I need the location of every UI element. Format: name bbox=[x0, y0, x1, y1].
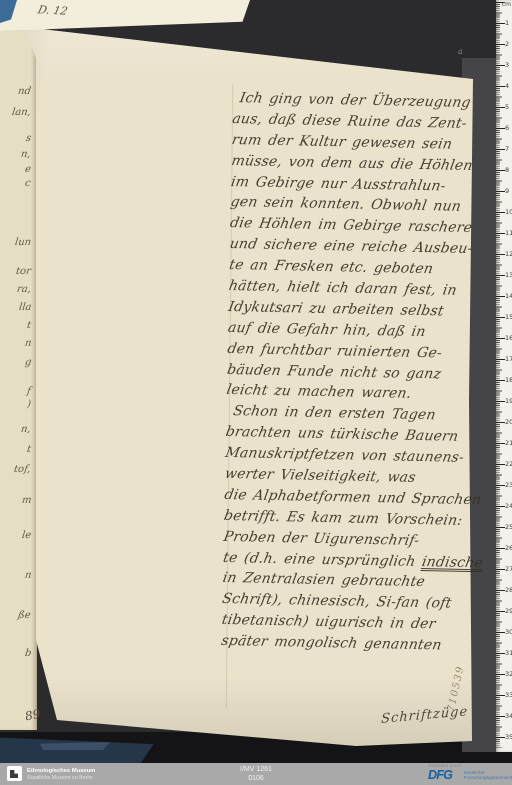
ruler-unit-label: cm bbox=[502, 1, 511, 8]
margin-text-fragment: tof, bbox=[14, 464, 32, 475]
scanned-manuscript-view: ndlan,sn,ecluntorra,llatngf)n,ttof,mlenß… bbox=[0, 0, 512, 785]
measurement-ruler: cm 1234567891011121314151617181920212223… bbox=[496, 0, 512, 752]
ruler-number: 33 bbox=[505, 691, 512, 699]
ruler-number: 27 bbox=[505, 565, 512, 573]
funder-name-line2: Forschungsgemeinschaft bbox=[464, 776, 512, 781]
ruler-number: 22 bbox=[505, 460, 512, 468]
ruler-number: 4 bbox=[505, 82, 509, 90]
ruler-number: 20 bbox=[505, 418, 512, 426]
margin-text-fragment: n, bbox=[21, 424, 32, 435]
ruler-number: 3 bbox=[505, 61, 509, 69]
ruler-number: 5 bbox=[505, 103, 509, 111]
margin-text-fragment: n bbox=[24, 570, 32, 581]
ruler-number: 7 bbox=[505, 145, 509, 153]
margin-text-fragment: n, bbox=[21, 149, 32, 160]
ruler-number: 8 bbox=[505, 166, 509, 174]
ruler-number: 15 bbox=[505, 313, 512, 321]
museum-logo-glyph bbox=[10, 770, 18, 778]
ruler-number: 2 bbox=[505, 40, 509, 48]
margin-text-fragment: g bbox=[24, 357, 32, 368]
ruler-number: 32 bbox=[505, 670, 512, 678]
ruler-number: 34 bbox=[505, 712, 512, 720]
corner-pencil-mark: a bbox=[458, 47, 463, 56]
image-number: 0106 bbox=[186, 775, 326, 784]
manuscript-text: Ich ging von der Überzeugungaus, daß die… bbox=[221, 88, 485, 657]
margin-text-fragment: nd bbox=[17, 86, 31, 97]
ruler-number: 21 bbox=[505, 439, 512, 447]
margin-text-fragment: t bbox=[26, 320, 32, 331]
institution-subname: Staatliche Museen zu Berlin bbox=[27, 775, 95, 782]
institution-block: Ethnologisches Museum Staatliche Museen … bbox=[27, 768, 95, 781]
ruler-number: 14 bbox=[505, 292, 512, 300]
margin-text-fragment: lun bbox=[14, 237, 32, 248]
ruler-number: 16 bbox=[505, 334, 512, 342]
ruler-number: 6 bbox=[505, 124, 509, 132]
margin-text-fragment: t bbox=[26, 444, 32, 455]
ruler-number: 25 bbox=[505, 523, 512, 531]
ruler-number: 29 bbox=[505, 607, 512, 615]
ruler-number: 28 bbox=[505, 586, 512, 594]
margin-text-fragment: le bbox=[21, 530, 32, 541]
object-identifier-block: I/MV 1261 0106 bbox=[186, 766, 326, 783]
margin-text-fragment: b bbox=[24, 648, 32, 659]
ruler-number: 11 bbox=[505, 229, 512, 237]
margin-text-fragment: s bbox=[25, 133, 32, 144]
ruler-number: 30 bbox=[505, 628, 512, 636]
margin-text-fragment: lan, bbox=[11, 107, 31, 118]
institution-name: Ethnologisches Museum bbox=[27, 768, 95, 775]
funding-block: Gefördert durch DFG Deutsche Forschungsg… bbox=[428, 764, 462, 781]
ruler-number: 26 bbox=[505, 544, 512, 552]
ruler-number: 17 bbox=[505, 355, 512, 363]
underlying-page-edge: ndlan,sn,ecluntorra,llatngf)n,ttof,mlenß… bbox=[0, 18, 37, 730]
underlined-word: indische bbox=[421, 554, 485, 571]
ruler-number: 31 bbox=[505, 649, 512, 657]
dfg-logo: DFG bbox=[428, 769, 462, 781]
margin-text-fragment: m bbox=[21, 495, 32, 506]
ruler-number: 13 bbox=[505, 271, 512, 279]
ruler-number: 24 bbox=[505, 502, 512, 510]
page-number: 89 bbox=[24, 707, 42, 724]
margin-text-fragment: c bbox=[25, 178, 32, 189]
margin-text-fragment: tor bbox=[15, 266, 31, 277]
ruler-number: 1 bbox=[505, 19, 509, 27]
funder-name: Deutsche Forschungsgemeinschaft bbox=[464, 771, 512, 781]
margin-text-fragment: ra, bbox=[16, 284, 31, 295]
ruler-number: 35 bbox=[505, 733, 512, 741]
margin-text-fragment: f bbox=[27, 386, 32, 397]
margin-text-fragment: e bbox=[24, 164, 31, 175]
margin-text-fragment: lla bbox=[18, 302, 32, 313]
object-id: I/MV 1261 bbox=[186, 766, 326, 775]
ruler-number: 18 bbox=[505, 376, 512, 384]
top-sheet-corner: D. 12 bbox=[0, 0, 250, 31]
metadata-footer-bar: Ethnologisches Museum Staatliche Museen … bbox=[0, 763, 512, 785]
top-sheet-fragment: D. 12 bbox=[37, 3, 69, 17]
ruler-number: 10 bbox=[505, 208, 512, 216]
museum-logo-icon bbox=[7, 766, 22, 781]
ruler-number: 23 bbox=[505, 481, 512, 489]
ruler-number: 12 bbox=[505, 250, 512, 258]
margin-text-fragment: ße bbox=[18, 610, 32, 621]
ruler-number: 9 bbox=[505, 187, 509, 195]
margin-text-fragment: n bbox=[24, 338, 32, 349]
margin-text-fragment: ) bbox=[26, 399, 31, 410]
ruler-cm-ticks bbox=[496, 2, 505, 748]
ruler-number: 19 bbox=[505, 397, 512, 405]
